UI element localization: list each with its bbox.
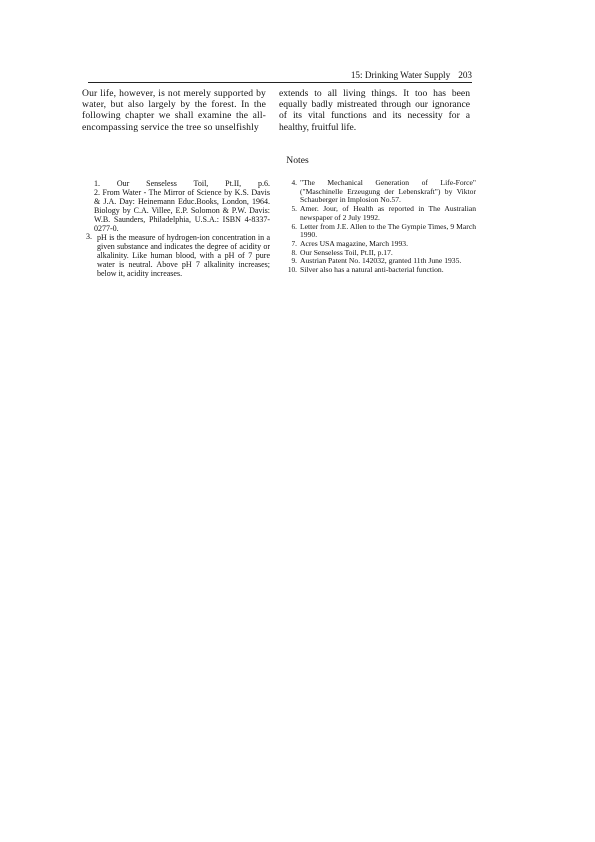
chapter-title: 15: Drinking Water Supply <box>351 70 450 80</box>
note-6: 6. Letter from J.E. Allen to the The Gym… <box>283 223 476 240</box>
note-text: "The Mechanical Generation of Life-Force… <box>300 179 476 205</box>
note-1: 1. Our Senseless Toil, Pt.II, p.6. <box>86 179 270 188</box>
note-number: 5. <box>283 205 300 222</box>
running-head: 15: Drinking Water Supply203 <box>88 70 472 81</box>
note-2: 2. From Water - The Mirror of Science by… <box>86 188 270 233</box>
note-text: pH is the measure of hydrogen-ion concen… <box>97 233 270 278</box>
note-5: 5. Amer. Jour, of Health as reported in … <box>283 205 476 222</box>
note-text: Letter from J.E. Allen to the The Gympie… <box>300 223 476 240</box>
notes-heading: Notes <box>0 155 595 166</box>
page-number: 203 <box>458 70 472 80</box>
note-text: Silver also has a natural anti-bacterial… <box>300 266 476 275</box>
note-number: 6. <box>283 223 300 240</box>
note-number: 10. <box>283 266 300 275</box>
header-rule <box>88 82 472 83</box>
body-column-right: extends to all living things. It too has… <box>279 88 470 133</box>
note-number: 3. <box>86 233 97 278</box>
body-paragraph-right: extends to all living things. It too has… <box>279 88 470 133</box>
body-column-left: Our life, however, is not merely support… <box>82 88 266 133</box>
body-paragraph-left: Our life, however, is not merely support… <box>82 88 266 133</box>
note-4: 4. "The Mechanical Generation of Life-Fo… <box>283 179 476 205</box>
note-text: Amer. Jour, of Health as reported in The… <box>300 205 476 222</box>
notes-column-left: 1. Our Senseless Toil, Pt.II, p.6. 2. Fr… <box>86 179 270 278</box>
notes-column-right: 4. "The Mechanical Generation of Life-Fo… <box>283 179 476 275</box>
note-10: 10. Silver also has a natural anti-bacte… <box>283 266 476 275</box>
note-3: 3. pH is the measure of hydrogen-ion con… <box>86 233 270 278</box>
note-number: 4. <box>283 179 300 205</box>
